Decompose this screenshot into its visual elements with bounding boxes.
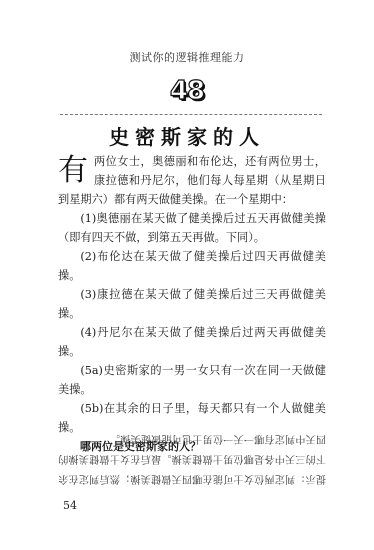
- clue-5a: (5a)史密斯家的一男一女只有一次在同一天做健美操。: [58, 361, 326, 399]
- drop-cap: 有: [58, 154, 88, 188]
- puzzle-body: 有 两位女士，奥德丽和布伦达，还有两位男士，康拉德和丹尼尔，他们每人每星期（从星…: [58, 152, 326, 456]
- upside-down-hint: 提示：判定两位女士可能在哪四天做健美操；然后判定在余下的三天中各是哪位男士做健美…: [58, 428, 326, 488]
- clue-4: (4)丹尼尔在某天做了健美操后过两天再做健美操。: [58, 323, 326, 361]
- book-page: 测试你的逻辑推理能力 48 史密斯家的人 有 两位女士，奥德丽和布伦达，还有两位…: [0, 0, 374, 550]
- dashed-divider: [60, 114, 322, 115]
- puzzle-number: 48: [0, 76, 374, 106]
- intro-paragraph: 两位女士，奥德丽和布伦达，还有两位男士，康拉德和丹尼尔，他们每人每星期（从星期日…: [58, 152, 326, 209]
- clue-3: (3)康拉德在某天做了健美操后过三天再做健美操。: [58, 285, 326, 323]
- page-number: 54: [63, 499, 77, 512]
- puzzle-title: 史密斯家的人: [0, 121, 374, 150]
- running-header: 测试你的逻辑推理能力: [0, 49, 374, 65]
- clue-1: (1)奥德丽在某天做了健美操后过五天再做健美操（即有四天不做，到第五天再做。下同…: [58, 209, 326, 247]
- clue-2: (2)布伦达在某天做了健美操后过四天再做健美操。: [58, 247, 326, 285]
